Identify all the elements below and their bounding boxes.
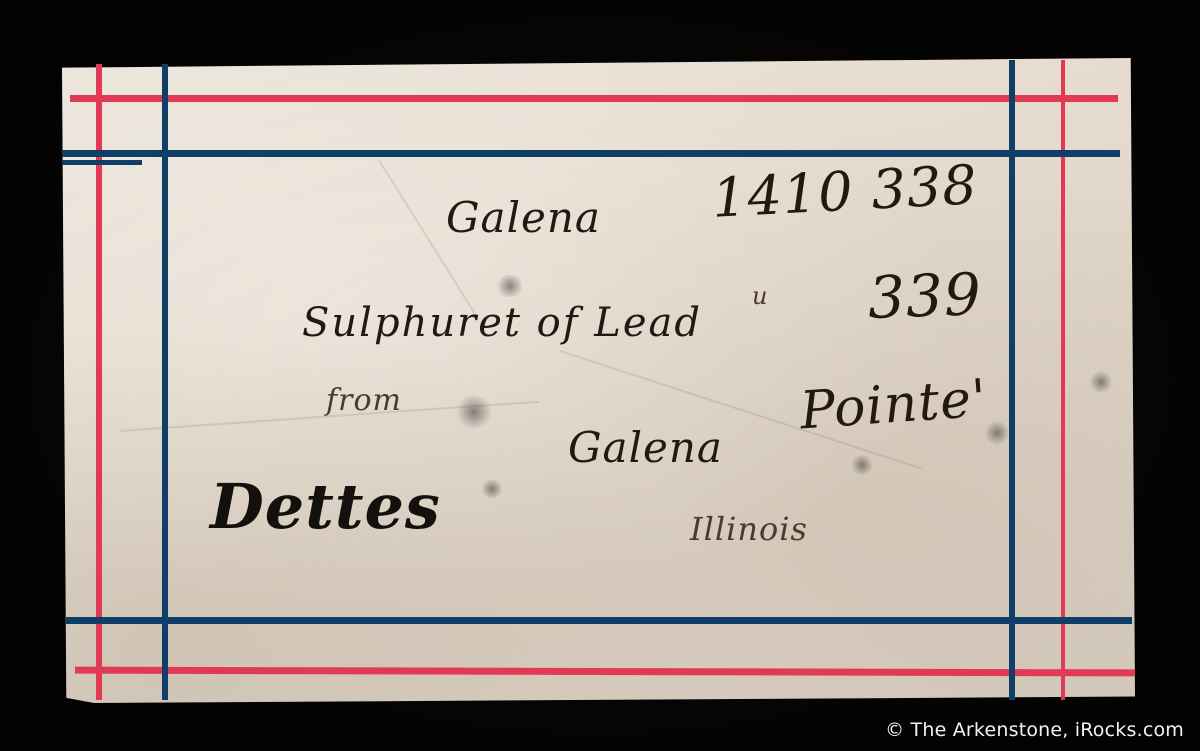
ink-smudge bbox=[1090, 370, 1112, 394]
mineral-description: Sulphuret of Lead bbox=[302, 300, 702, 346]
ditto-mark: u bbox=[752, 282, 768, 310]
red-rule-top bbox=[70, 95, 1118, 102]
collector-left: Dettes bbox=[210, 470, 441, 543]
ink-smudge bbox=[480, 480, 504, 498]
copyright-watermark: © The Arkenstone, iRocks.com bbox=[885, 719, 1184, 741]
mineral-name: Galena bbox=[446, 193, 601, 242]
locality-state: Illinois bbox=[690, 510, 808, 548]
ink-smudge bbox=[495, 275, 525, 297]
blue-rule-right bbox=[1009, 60, 1015, 700]
ink-smudge bbox=[850, 455, 874, 475]
from-label: from bbox=[326, 383, 402, 418]
catalog-number-second: 339 bbox=[867, 260, 983, 332]
blue-rule-stub bbox=[62, 160, 142, 165]
ink-smudge bbox=[455, 395, 493, 429]
locality-town: Galena bbox=[568, 423, 723, 472]
blue-rule-bottom bbox=[66, 617, 1132, 624]
blue-rule-left bbox=[162, 64, 168, 700]
photo-stage: 1410 338 339 Galena u Sulphuret of Lead … bbox=[0, 0, 1200, 751]
